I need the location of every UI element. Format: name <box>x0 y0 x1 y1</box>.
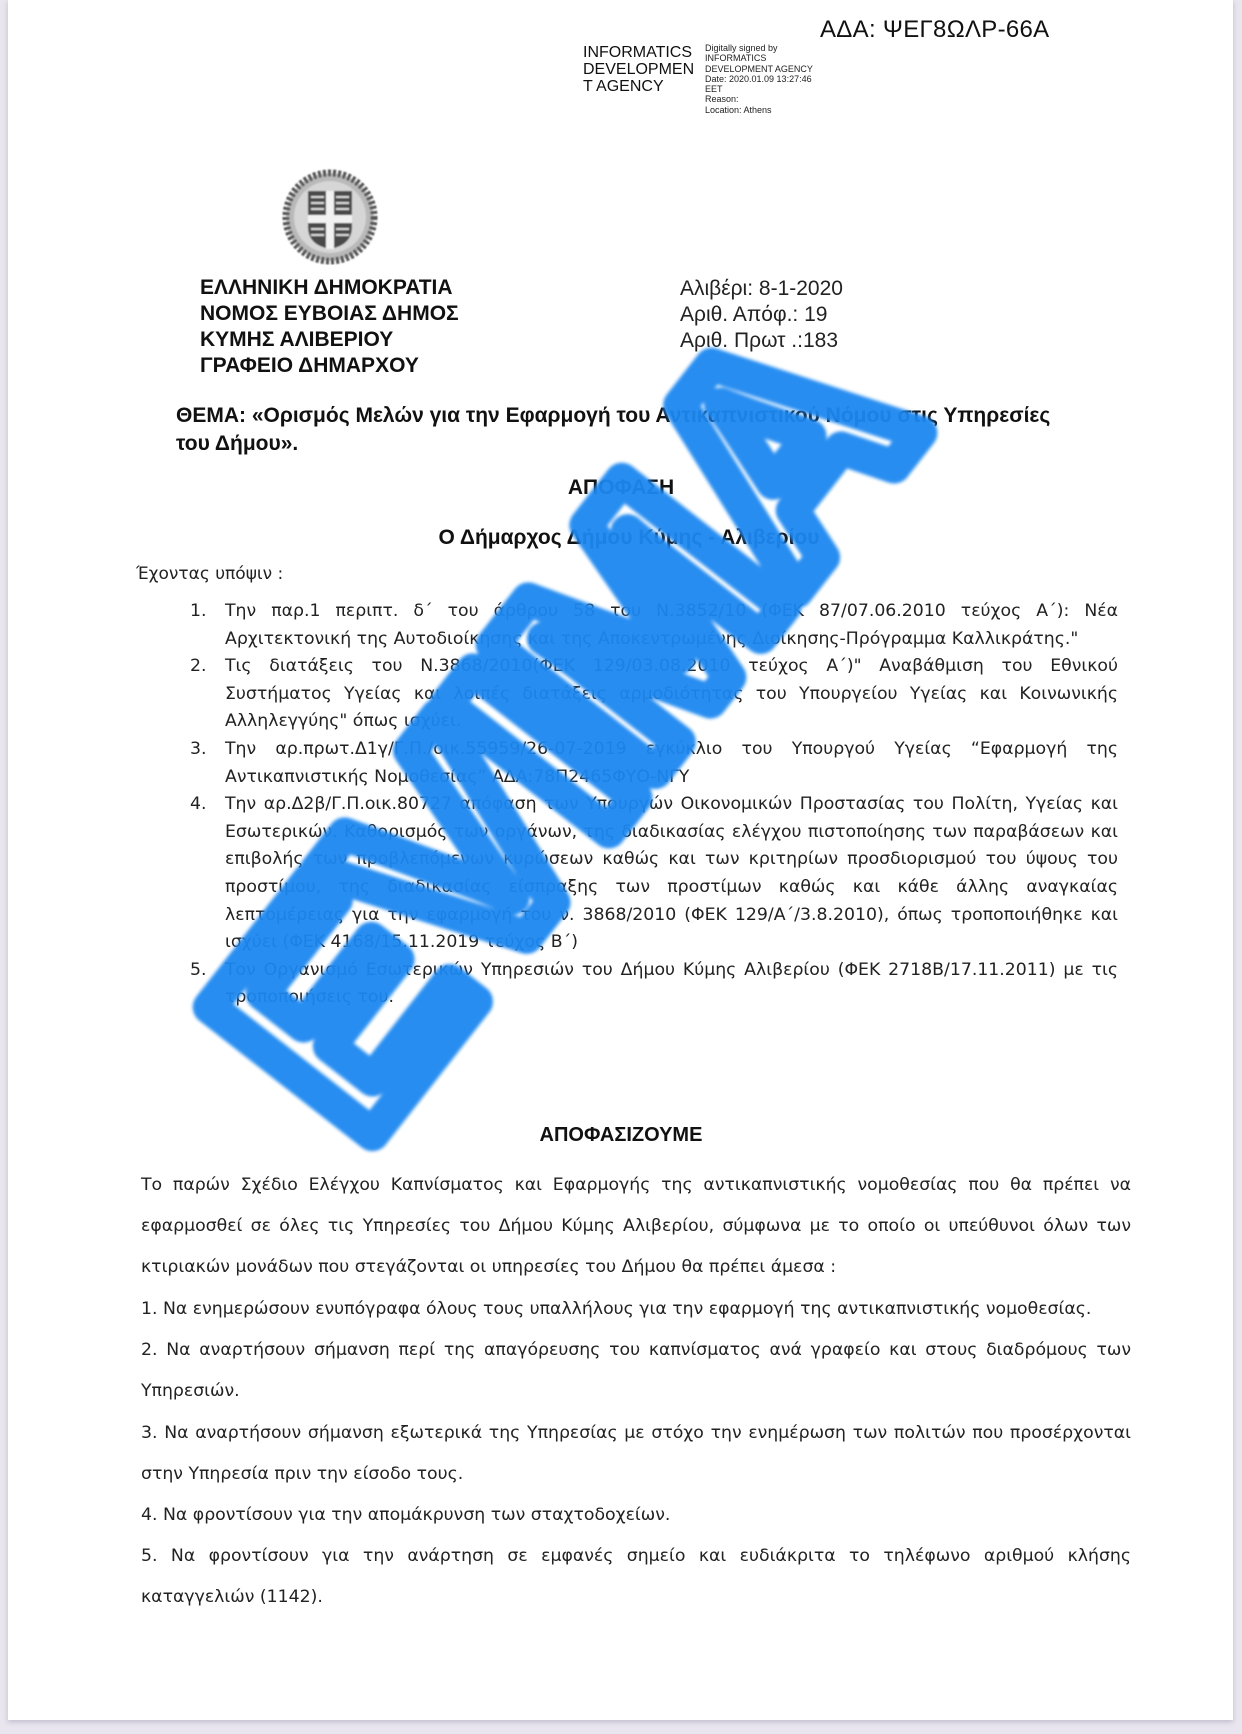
issuer-line: ΚΥΜΗΣ ΑΛΙΒΕΡΙΟΥ <box>200 327 459 353</box>
consideration-item: 1.Την παρ.1 περιπτ. δ΄ του άρθρου 58 του… <box>190 598 1118 653</box>
issuer-line: ΕΛΛΗΝΙΚΗ ΔΗΜΟΚΡΑΤΙΑ <box>200 275 459 301</box>
issuer-line: ΓΡΑΦΕΙΟ ΔΗΜΑΡΧΟΥ <box>200 353 459 379</box>
digital-signer-name: INFORMATICS DEVELOPMEN T AGENCY <box>583 44 694 95</box>
signature-line: DEVELOPMENT AGENCY <box>705 64 813 74</box>
signature-line: Location: Athens <box>705 105 813 115</box>
decision-heading: ΑΠΟΦΑΣΗ <box>0 476 1242 500</box>
consideration-item: 4.Την αρ.Δ2β/Γ.Π.οικ.80727 απόφαση των Υ… <box>190 791 1118 957</box>
signature-line: EET <box>705 84 813 94</box>
action-item: 2. Να αναρτήσουν σήμανση περί της απαγόρ… <box>141 1330 1131 1412</box>
consideration-item: 5.Τον Οργανισμό Εσωτερικών Υπηρεσιών του… <box>190 957 1118 1012</box>
action-item: 3. Να αναρτήσουν σήμανση εξωτερικά της Υ… <box>141 1413 1131 1495</box>
resolution-actions: 1. Να ενημερώσουν ενυπόγραφα όλους τους … <box>141 1289 1131 1619</box>
issuer-line: ΝΟΜΟΣ ΕΥΒΟΙΑΣ ΔΗΜΟΣ <box>200 301 459 327</box>
document-metadata: Αλιβέρι: 8-1-2020 Αριθ. Απόφ.: 19 Αριθ. … <box>680 276 843 354</box>
issuing-authority: ΕΛΛΗΝΙΚΗ ΔΗΜΟΚΡΑΤΙΑ ΝΟΜΟΣ ΕΥΒΟΙΑΣ ΔΗΜΟΣ … <box>200 275 459 379</box>
document-date: Αλιβέρι: 8-1-2020 <box>680 276 843 302</box>
signature-line: Digitally signed by <box>705 43 813 53</box>
signature-line: INFORMATICS <box>705 53 813 63</box>
document-subject: ΘΕΜΑ: «Ορισμός Μελών για την Εφαρμογή το… <box>176 402 1076 458</box>
consideration-item: 2.Τις διατάξεις του Ν.3868/2010(ΦΕΚ 129/… <box>190 653 1118 736</box>
digital-signature-details: Digitally signed by INFORMATICS DEVELOPM… <box>705 43 813 115</box>
action-item: 5. Να φροντίσουν για την ανάρτηση σε εμφ… <box>141 1536 1131 1618</box>
ada-code: ΑΔΑ: ΨΕΓ8ΩΛΡ-66Α <box>820 16 1049 44</box>
resolution-intro: Το παρών Σχέδιο Ελέγχου Καπνίσματος και … <box>141 1165 1131 1289</box>
consideration-item: 3.Την αρ.πρωτ.Δ1γ/Γ.Π./οικ.55959/26-07-2… <box>190 736 1118 791</box>
signature-line: Reason: <box>705 94 813 104</box>
protocol-number: Αριθ. Πρωτ .:183 <box>680 328 843 354</box>
considerations-list: 1.Την παρ.1 περιπτ. δ΄ του άρθρου 58 του… <box>190 598 1118 1012</box>
considering-label: Έχοντας υπόψιν : <box>136 564 283 584</box>
greek-coat-of-arms-icon <box>280 165 380 265</box>
signature-line: Date: 2020.01.09 13:27:46 <box>705 74 813 84</box>
action-item: 4. Να φροντίσουν για την απομάκρυνση των… <box>141 1495 1131 1536</box>
action-item: 1. Να ενημερώσουν ενυπόγραφα όλους τους … <box>141 1289 1131 1330</box>
decision-number: Αριθ. Απόφ.: 19 <box>680 302 843 328</box>
resolve-heading: ΑΠΟΦΑΣΙΖΟΥΜΕ <box>0 1124 1242 1147</box>
mayor-heading: Ο Δήμαρχος Δήμου Κύμης - Αλιβερίου <box>8 526 1242 550</box>
